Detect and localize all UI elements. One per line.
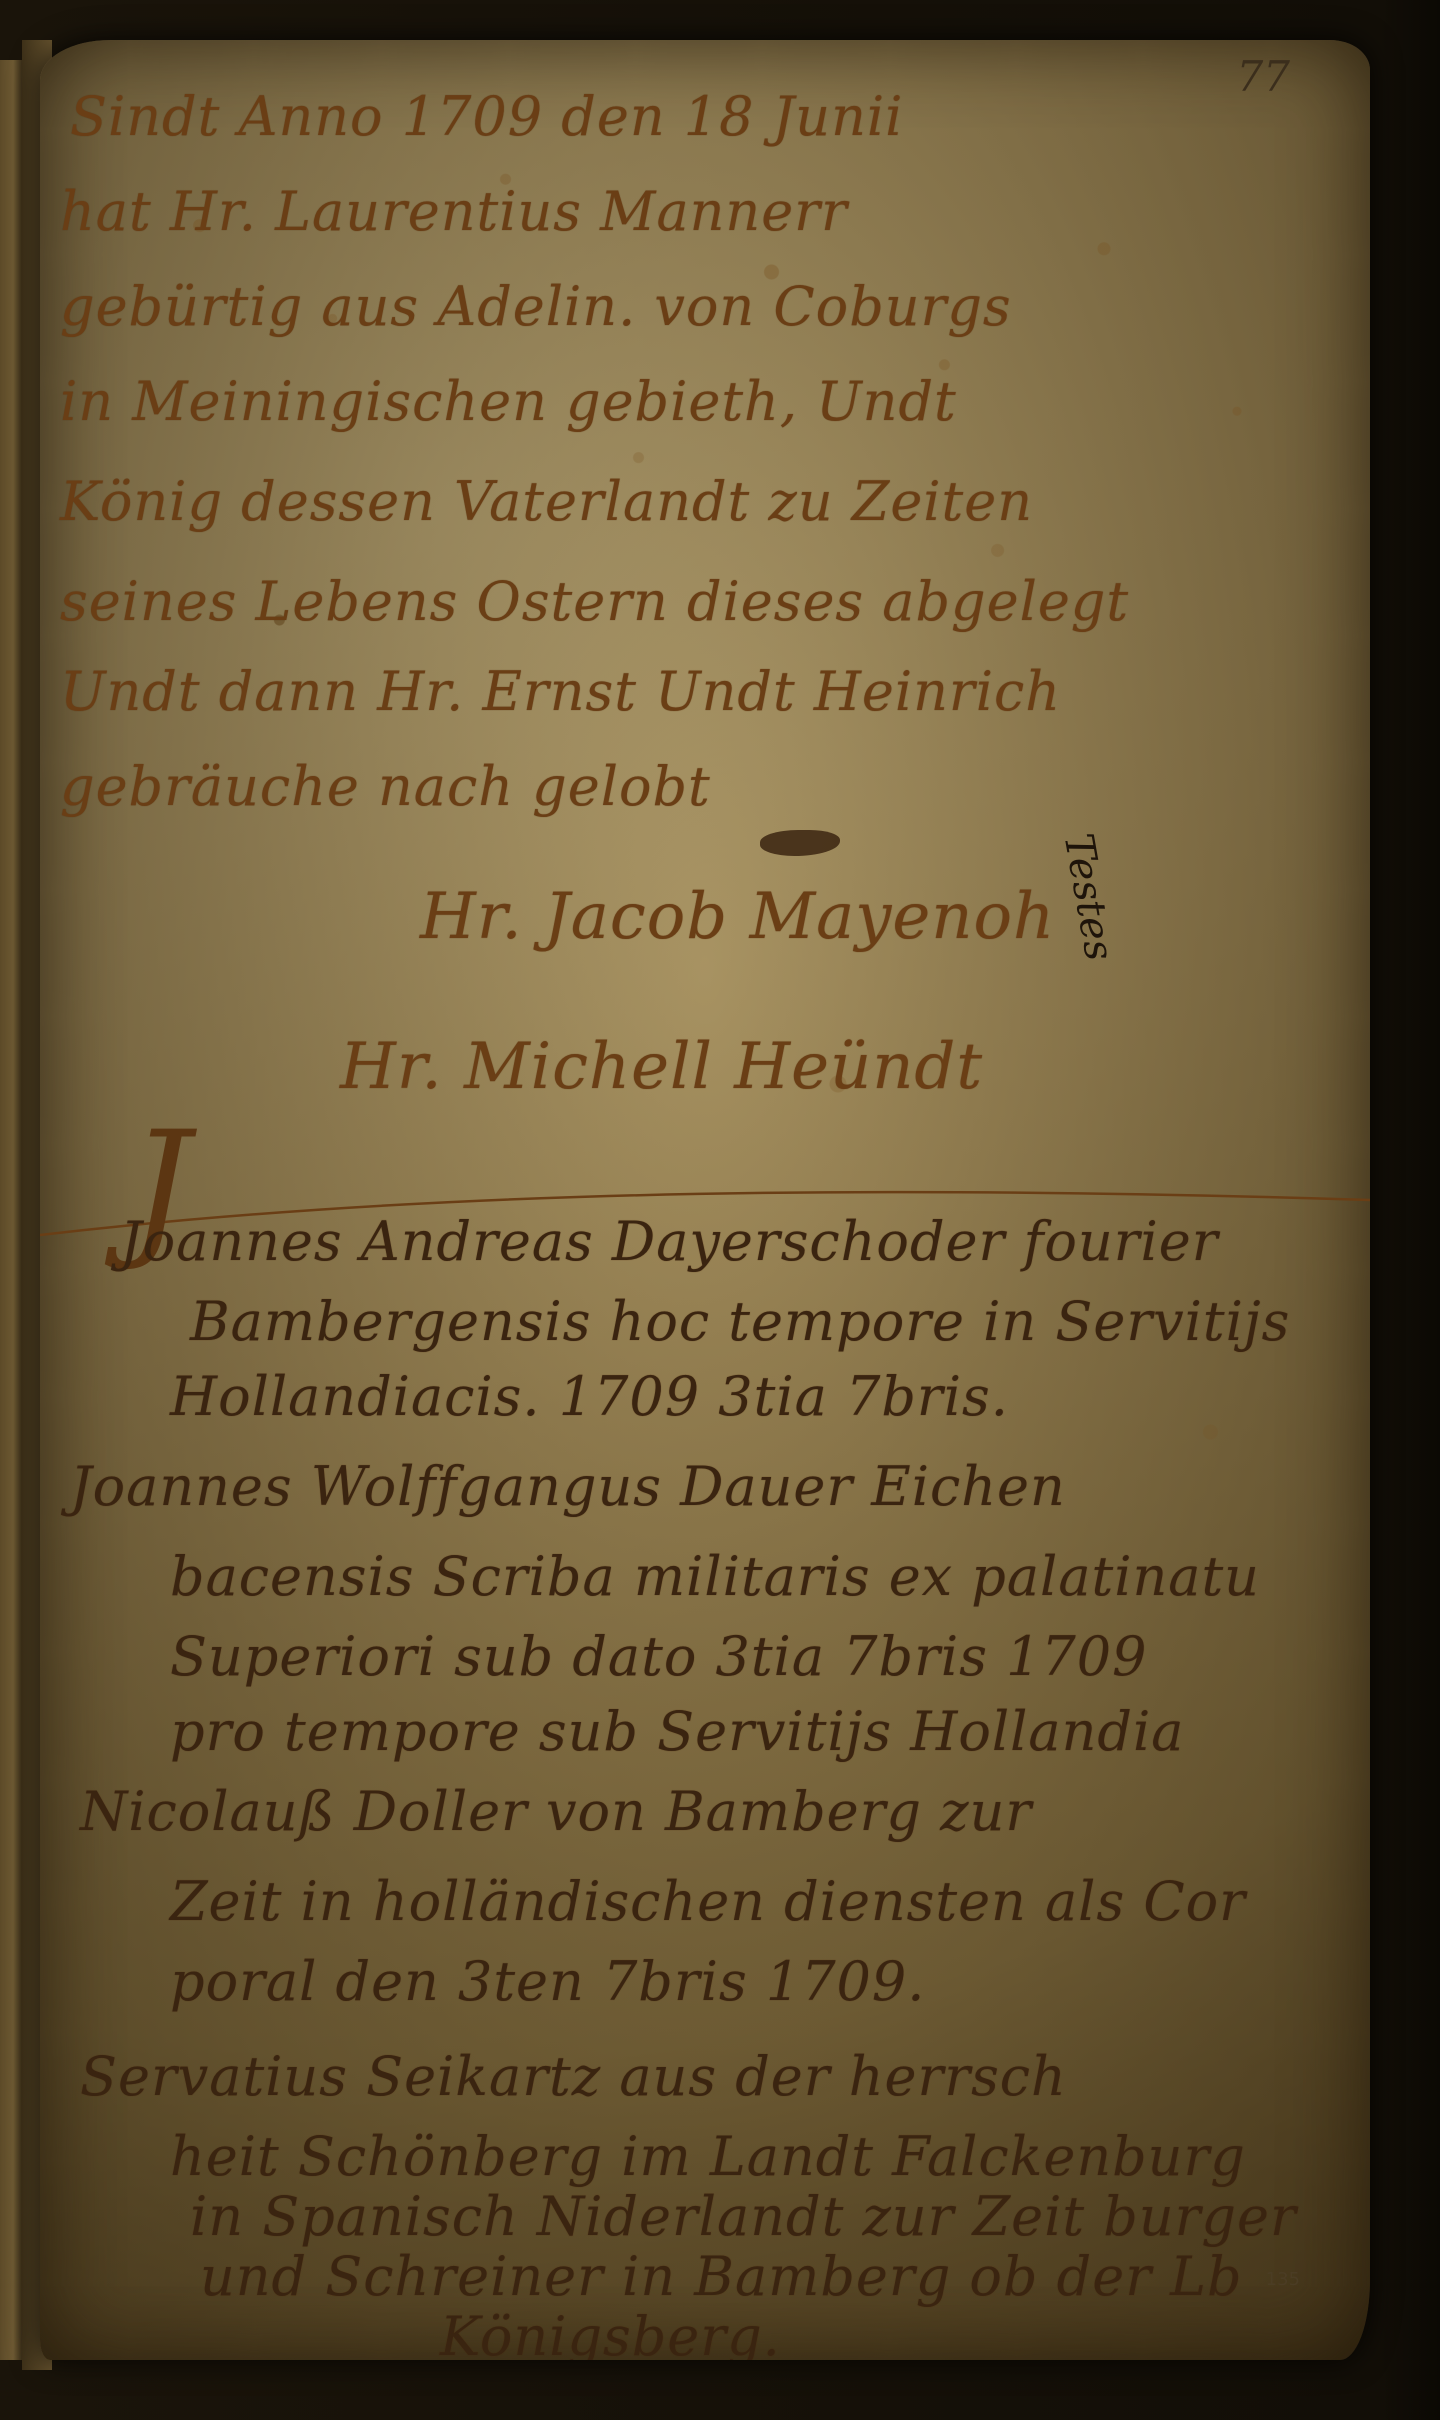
facing-page-edge: [0, 60, 23, 2360]
entry-1-line: Sindt Anno 1709 den 18 Junii: [70, 90, 903, 144]
entry-1-line: gebürtig aus Adelin. von Coburgs: [60, 280, 1012, 334]
entry-4-line: poral den 3ten 7bris 1709.: [170, 1955, 925, 2009]
entry-3-line: Joannes Wolffgangus Dauer Eichen: [70, 1460, 1066, 1514]
pencil-folio-number: 135: [1266, 2269, 1300, 2290]
entry-2-line: Hollandiacis. 1709 3tia 7bris.: [170, 1370, 1009, 1424]
entry-5-line: Königsberg.: [440, 2310, 781, 2360]
entry-1-line: König dessen Vaterlandt zu Zeiten: [60, 475, 1033, 529]
entry-2-line: Joannes Andreas Dayerschoder fourier: [120, 1215, 1219, 1269]
entry-1-line: hat Hr. Laurentius Mannerr: [60, 185, 848, 239]
entry-5-line: Servatius Seikartz aus der herrsch: [80, 2050, 1067, 2104]
entry-1-line: seines Lebens Ostern dieses abgelegt: [60, 575, 1129, 629]
entry-5-line: und Schreiner in Bamberg ob der Lb: [200, 2250, 1243, 2304]
entry-5-line: in Spanisch Niderlandt zur Zeit burger: [190, 2190, 1297, 2244]
entry-3-line: bacensis Scriba militaris ex palatinatu: [170, 1550, 1260, 1604]
manuscript-photo: 77 Sindt Anno 1709 den 18 Junii hat Hr. …: [0, 0, 1440, 2420]
entry-2-line: Bambergensis hoc tempore in Servitijs: [190, 1295, 1290, 1349]
page-number: 77: [1237, 52, 1290, 101]
entry-4-line: Nicolauß Doller von Bamberg zur: [80, 1785, 1032, 1839]
signature-witness-2: Hr. Michell Heündt: [340, 1030, 983, 1104]
manuscript-page: 77 Sindt Anno 1709 den 18 Junii hat Hr. …: [40, 40, 1370, 2360]
entry-1-line: in Meiningischen gebieth, Undt: [60, 375, 957, 429]
entry-3-line: pro tempore sub Servitijs Hollandia: [170, 1705, 1184, 1759]
entry-1-line: gebräuche nach gelobt: [60, 760, 711, 814]
entry-1-line: Undt dann Hr. Ernst Undt Heinrich: [60, 665, 1061, 719]
signature-witness-1: Hr. Jacob Mayenoh: [420, 880, 1055, 954]
entry-4-line: Zeit in holländischen diensten als Cor: [170, 1875, 1246, 1929]
entry-5-line: heit Schönberg im Landt Falckenburg: [170, 2130, 1246, 2184]
entry-3-line: Superiori sub dato 3tia 7bris 1709: [170, 1630, 1148, 1684]
